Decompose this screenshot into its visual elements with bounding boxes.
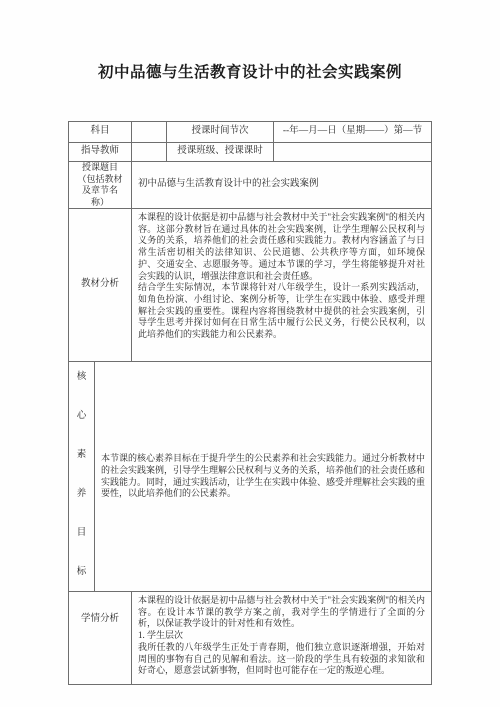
subject-value bbox=[131, 122, 166, 142]
topic-label-line: 授课题目 bbox=[82, 162, 118, 174]
learner-analysis-label: 学情分析 bbox=[69, 592, 131, 684]
topic-label: 授课题目 （包括教材 及章节名 称） bbox=[69, 162, 131, 208]
core-label-char: 心 bbox=[77, 411, 87, 423]
material-analysis-content: 本课程的设计依据是初中品德与社会教材中关于"社会实践案例"的相关内容。这部分教材… bbox=[131, 209, 431, 361]
core-paragraph: 本节课的核心素养目标在于提升学生的公民素养和社会实践能力。通过分析教材中的社会实… bbox=[101, 453, 425, 500]
teacher-label: 指导教师 bbox=[69, 143, 131, 161]
topic-label-line: 及章节名 bbox=[82, 185, 118, 197]
core-competency-label: 核 心 素 养 目 标 bbox=[69, 362, 94, 591]
table-row-core-competency: 核 心 素 养 目 标 本节课的核心素养目标在于提升学生的公民素养和社会实践能力… bbox=[69, 361, 431, 591]
class-time-label: 授课时间节次 bbox=[166, 122, 273, 142]
core-label-char: 目 bbox=[77, 528, 87, 540]
material-analysis-label: 教材分析 bbox=[69, 209, 131, 361]
learner-analysis-content: 本课程的设计依据是初中品德与社会教材中关于"社会实践案例"的相关内容。在设计本节… bbox=[131, 592, 431, 684]
class-time-value: --年—月—日（星期——）第—节 bbox=[273, 122, 431, 142]
class-session-label: 授课班级、授课课时 bbox=[166, 143, 273, 161]
learner-paragraph-heading: 1. 学生层次 bbox=[138, 630, 425, 642]
topic-value: 初中品德与生活教育设计中的社会实践案例 bbox=[131, 162, 431, 208]
table-row-material-analysis: 教材分析 本课程的设计依据是初中品德与社会教材中关于"社会实践案例"的相关内容。… bbox=[69, 208, 431, 361]
core-label-char: 素 bbox=[77, 450, 87, 462]
material-paragraph: 结合学生实际情况，本节课将针对八年级学生，设计一系列实践活动，如角色扮演、小组讨… bbox=[138, 282, 425, 341]
lesson-plan-table: 科目 授课时间节次 --年—月—日（星期——）第—节 指导教师 授课班级、授课课… bbox=[68, 121, 432, 685]
table-row-learner-analysis: 学情分析 本课程的设计依据是初中品德与社会教材中关于"社会实践案例"的相关内容。… bbox=[69, 591, 431, 684]
core-label-char: 标 bbox=[77, 567, 87, 579]
topic-label-line: 称） bbox=[91, 197, 109, 209]
table-row-topic: 授课题目 （包括教材 及章节名 称） 初中品德与生活教育设计中的社会实践案例 bbox=[69, 161, 431, 208]
class-session-value bbox=[273, 143, 431, 161]
page-title: 初中品德与生活教育设计中的社会实践案例 bbox=[0, 60, 500, 82]
learner-paragraph: 我所任教的八年级学生正处于青春期，他们独立意识逐渐增强，开始对周围的事物有自己的… bbox=[138, 642, 425, 677]
core-competency-content: 本节课的核心素养目标在于提升学生的公民素养和社会实践能力。通过分析教材中的社会实… bbox=[94, 362, 431, 591]
subject-label: 科目 bbox=[69, 122, 131, 142]
teacher-value bbox=[131, 143, 166, 161]
core-label-char: 养 bbox=[77, 489, 87, 501]
material-paragraph: 本课程的设计依据是初中品德与社会教材中关于"社会实践案例"的相关内容。这部分教材… bbox=[138, 212, 425, 282]
table-row-teacher: 指导教师 授课班级、授课课时 bbox=[69, 142, 431, 161]
topic-label-line: （包括教材 bbox=[77, 174, 122, 186]
learner-paragraph: 本课程的设计依据是初中品德与社会教材中关于"社会实践案例"的相关内容。在设计本节… bbox=[138, 595, 425, 630]
core-label-char: 核 bbox=[77, 372, 87, 384]
document-page: 初中品德与生活教育设计中的社会实践案例 科目 授课时间节次 --年—月—日（星期… bbox=[0, 0, 500, 707]
table-row-subject: 科目 授课时间节次 --年—月—日（星期——）第—节 bbox=[69, 122, 431, 142]
